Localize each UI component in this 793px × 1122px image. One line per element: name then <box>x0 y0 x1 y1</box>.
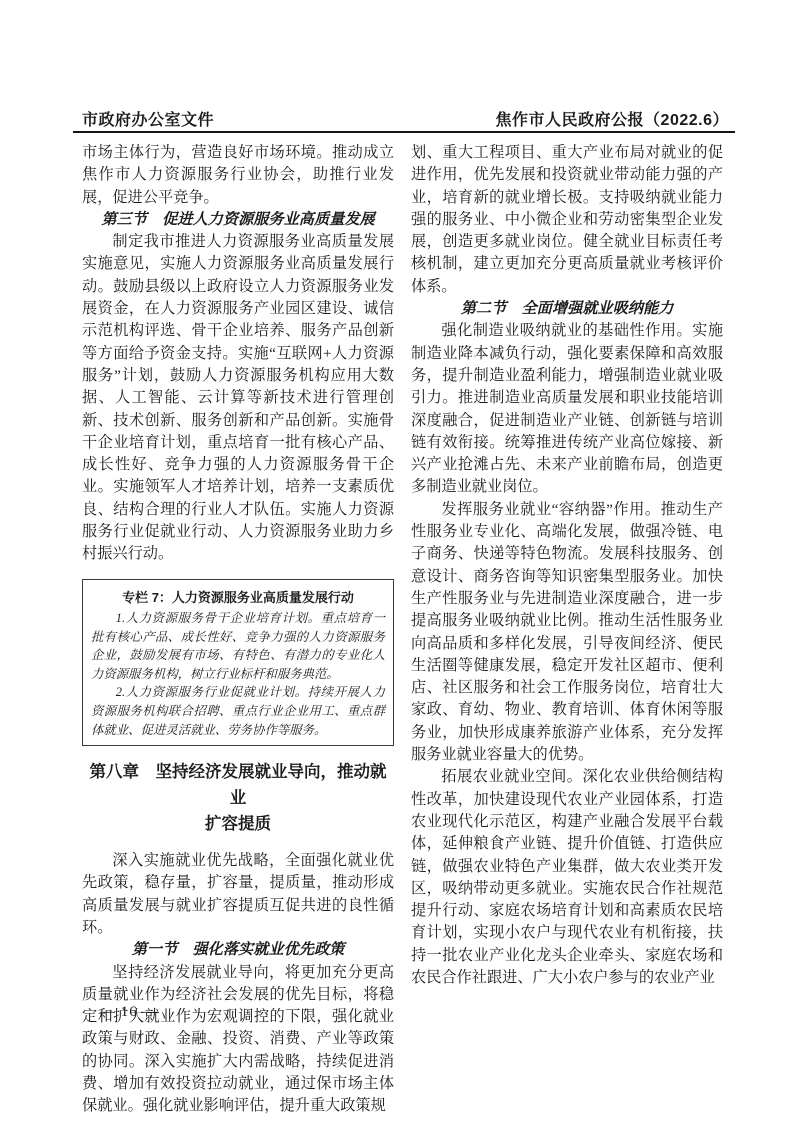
feature-box-item: 2.人力资源服务行业促就业计划。持续开展人力资源服务机构联合招聘、重点行业企业用… <box>91 683 385 739</box>
feature-box-item: 1.人力资源服务骨干企业培育计划。重点培育一批有核心产品、成长性好、竞争力强的人… <box>91 609 385 683</box>
section-3-heading: 第三节 促进人力资源服务业高质量发展 <box>82 209 394 231</box>
paragraph: 拓展农业就业空间。深化农业供给侧结构性改革，加快建设现代农业产业园体系，打造农业… <box>411 766 723 989</box>
feature-box-column7: 专栏 7：人力资源服务业高质量发展行动 1.人力资源服务骨干企业培育计划。重点培… <box>82 579 394 746</box>
chapter-heading-line2: 扩容提质 <box>82 811 394 837</box>
page-number: — 16 — <box>100 1004 159 1021</box>
gazette-page: 市政府办公室文件 焦作市人民政府公报（2022.6） 市场主体行为，营造良好市场… <box>0 0 793 1122</box>
paragraph-continuation: 划、重大工程项目、重大产业布局对就业的促进作用，优先发展和投资就业带动能力强的产… <box>411 142 723 298</box>
header-right-title: 焦作市人民政府公报（2022.6） <box>496 107 729 130</box>
paragraph: 坚持经济发展就业导向，将更加充分更高质量就业作为经济社会发展的优先目标，将稳定和… <box>82 962 394 1118</box>
section-2-heading: 第二节 全面增强就业吸纳能力 <box>411 298 723 320</box>
paragraph-continuation: 市场主体行为，营造良好市场环境。推动成立焦作市人力资源服务行业协会，助推行业发展… <box>82 142 394 209</box>
chapter-heading-line1: 第八章 坚持经济发展就业导向，推动就业 <box>82 759 394 811</box>
right-column: 划、重大工程项目、重大产业布局对就业的促进作用，优先发展和投资就业带动能力强的产… <box>411 142 723 1118</box>
paragraph: 制定我市推进人力资源服务业高质量发展实施意见，实施人力资源服务业高质量发展行动。… <box>82 231 394 565</box>
left-column: 市场主体行为，营造良好市场环境。推动成立焦作市人力资源服务行业协会，助推行业发展… <box>82 142 394 1118</box>
header-rule <box>73 131 735 133</box>
section-1-heading: 第一节 强化落实就业优先政策 <box>82 939 394 961</box>
feature-box-title: 专栏 7：人力资源服务业高质量发展行动 <box>91 587 385 609</box>
chapter-8-heading: 第八章 坚持经济发展就业导向，推动就业 扩容提质 <box>82 759 394 837</box>
page-header: 市政府办公室文件 焦作市人民政府公报（2022.6） <box>82 107 729 130</box>
page-body: 市场主体行为，营造良好市场环境。推动成立焦作市人力资源服务行业协会，助推行业发展… <box>82 142 723 1118</box>
paragraph: 深入实施就业优先战略，全面强化就业优先政策，稳存量，扩容量，提质量，推动形成高质… <box>82 850 394 939</box>
header-left-title: 市政府办公室文件 <box>82 107 214 130</box>
paragraph: 强化制造业吸纳就业的基础性作用。实施制造业降本减负行动，强化要素保障和高效服务，… <box>411 320 723 498</box>
paragraph: 发挥服务业就业“容纳器”作用。推动生产性服务业专业化、高端化发展，做强冷链、电子… <box>411 499 723 767</box>
